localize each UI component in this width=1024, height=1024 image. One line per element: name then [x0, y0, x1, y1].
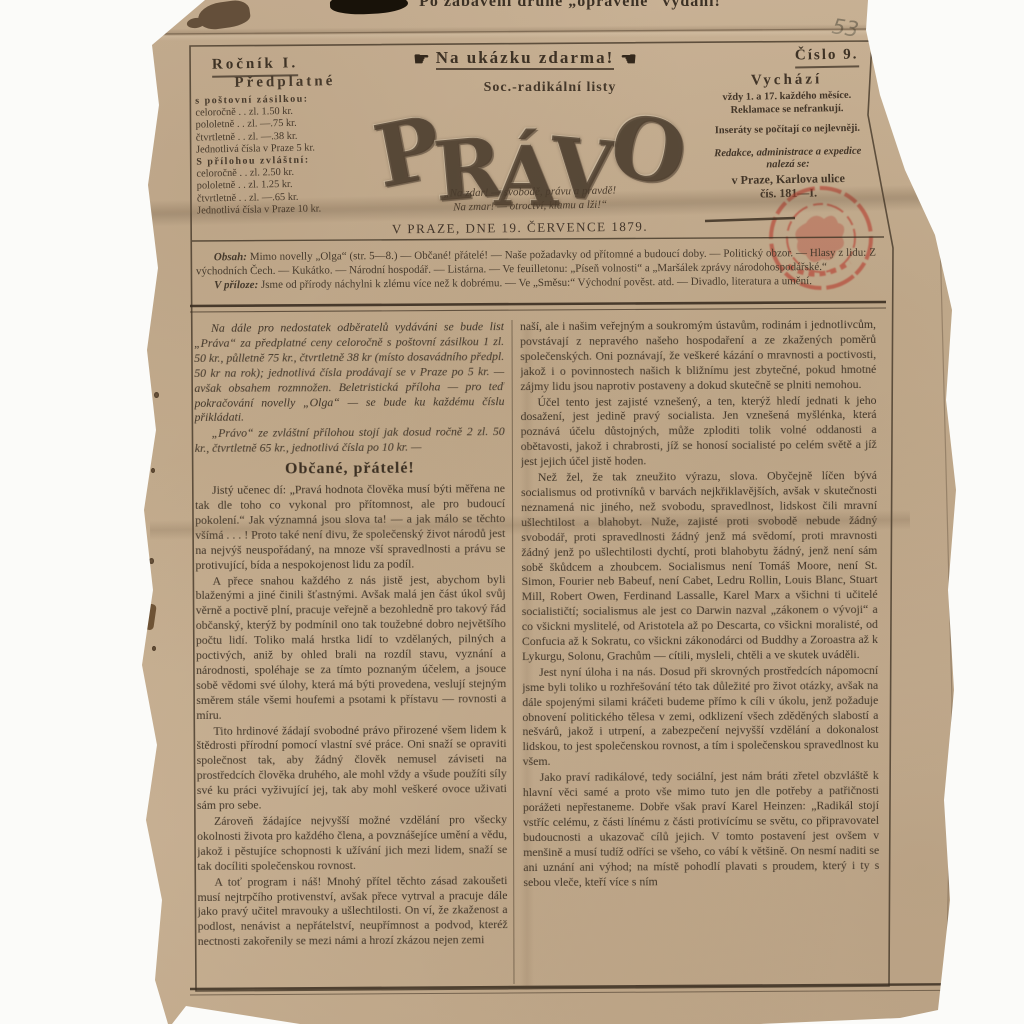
paper-hole	[149, 558, 154, 564]
paper-hole	[151, 468, 155, 473]
article-paragraph: naší, ale i našim veřejným a soukromým ú…	[520, 317, 876, 394]
motto: „Na zdar! — svobodě, právu a pravdě! Na …	[360, 183, 700, 216]
article-paragraph: Tito hrdinové žádají svobodné právo přir…	[196, 722, 507, 813]
article-paragraph: Účel tento jest zajisté vznešený, a ten,…	[520, 392, 876, 469]
paper-stain	[196, 0, 251, 31]
article-paragraph: Jest nyní úloha i na nás. Dosud při skro…	[522, 663, 879, 770]
article-paragraph: A přece snahou každého z nás jistě jest,…	[196, 572, 507, 723]
manicule-left-icon: ☚	[621, 49, 637, 69]
scanned-newspaper: Po zabavení druhé „opravené“ vydání! 53 …	[0, 0, 1024, 1024]
subscription-line: Jednotlivá čísla v Praze 10 kr.	[197, 202, 377, 217]
subscription-title: Předplatné	[195, 72, 375, 92]
contents-text: Mimo novelly „Olga“ (str. 5—8.) — Občané…	[196, 247, 876, 278]
ink-stain	[330, 0, 409, 15]
issue-label: Číslo 9.	[795, 46, 859, 68]
article-paragraph: A toť program i náš! Mnohý přítel těchto…	[197, 873, 507, 949]
article-paragraph: Než žel, že tak zneužito výrazu, slova. …	[521, 468, 878, 664]
article-paragraph: Jistý učenec dí: „Pravá hodnota člověka …	[195, 481, 506, 572]
publication-title: Vychází	[699, 70, 874, 90]
pencil-mark: 53	[830, 14, 860, 42]
publication-line: Inseráty se počítají co nejlevněji.	[700, 122, 875, 138]
left-column: Na dále pro nedostatek odběratelů vydává…	[194, 319, 508, 987]
contents-label: Obsah:	[214, 251, 247, 263]
manicule-right-icon: ☛	[413, 49, 429, 69]
paper-hole	[152, 646, 156, 651]
paper-crease	[140, 23, 1020, 41]
article-paragraph: Jako praví radikálové, tedy sociální, je…	[523, 768, 880, 889]
dateline: V PRAZE, DNE 19. ČERVENCE 1879.	[260, 217, 780, 238]
paper-hole	[154, 392, 159, 398]
sample-banner: ☛ Na ukázku zdarma! ☚	[355, 48, 695, 70]
article-paragraph: Zároveň žádajíce nejvyšší možné vzdělání…	[197, 812, 507, 874]
notice-paragraph: „Právo“ ze zvláštní přílohou stojí jak d…	[195, 424, 505, 456]
sample-banner-text: Na ukázku zdarma!	[436, 48, 615, 70]
paper-fragment	[144, 604, 157, 631]
contents-summary: Obsah: Mimo novelly „Olga“ (str. 5—8.) —…	[196, 247, 876, 293]
subscription-box: Předplatné s poštovní zásilkou: celoročn…	[195, 72, 377, 217]
article-heading: Občané, přátelé!	[195, 461, 505, 478]
notice-paragraph: Na dále pro nedostatek odběratelů vydává…	[194, 319, 505, 425]
supplement-label: V příloze:	[214, 279, 258, 291]
newspaper-page: Po zabavení druhé „opravené“ vydání! 53 …	[0, 0, 1024, 1024]
right-column: naší, ale i našim veřejným a soukromým ú…	[520, 317, 880, 985]
top-note: Po zabavení druhé „opravené“ vydání!	[360, 0, 780, 11]
supplement-text: Jsme od přírody náchylni k zlému více ne…	[261, 275, 812, 291]
publication-address-intro: Redakce, administrace a expedice nalezá …	[700, 145, 875, 173]
